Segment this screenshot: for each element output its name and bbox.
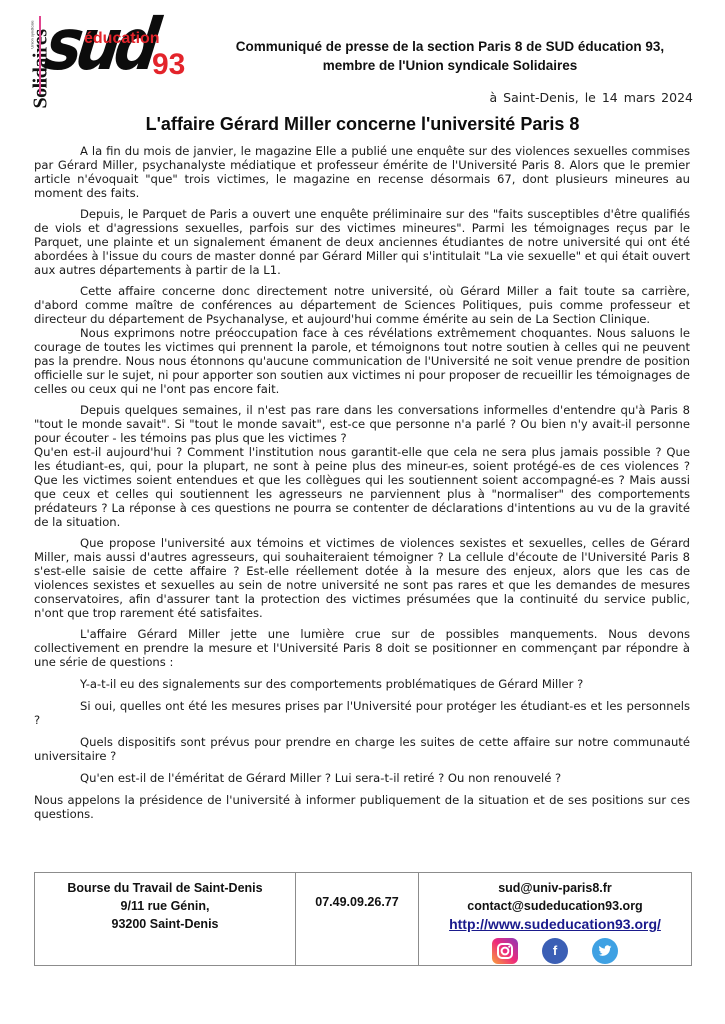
paragraph: Nous exprimons notre préoccupation face … — [34, 326, 690, 396]
department-number: 93 — [152, 48, 185, 82]
address-line: Bourse du Travail de Saint-Denis — [39, 879, 291, 897]
facebook-icon[interactable]: f — [542, 938, 568, 964]
question-item: Qu'en est-il de l'éméritat de Gérard Mil… — [34, 771, 690, 785]
header-line-2: membre de l'Union syndicale Solidaires — [190, 56, 710, 75]
address-line: 9/11 rue Génin, — [39, 897, 291, 915]
paragraph: Qu'en est-il aujourd'hui ? Comment l'ins… — [34, 445, 690, 529]
phone-cell: 07.49.09.26.77 — [296, 873, 419, 966]
social-links: f — [423, 938, 687, 964]
education-wordmark: éducation — [84, 30, 160, 48]
website-link[interactable]: http://www.sudeducation93.org/ — [449, 916, 661, 932]
instagram-icon[interactable] — [492, 938, 518, 964]
question-item: Y-a-t-il eu des signalements sur des com… — [34, 677, 690, 691]
question-item: Si oui, quelles ont été les mesures pris… — [34, 699, 690, 727]
document-body: A la fin du mois de janvier, le magazine… — [34, 144, 690, 828]
question-item: Quels dispositifs sont prévus pour prend… — [34, 735, 690, 763]
twitter-icon[interactable] — [592, 938, 618, 964]
paragraph: Depuis, le Parquet de Paris a ouvert une… — [34, 207, 690, 277]
email-primary[interactable]: sud@univ-paris8.fr — [423, 879, 687, 897]
paragraph: Cette affaire concerne donc directement … — [34, 284, 690, 326]
paragraph: Que propose l'université aux témoins et … — [34, 536, 690, 620]
paragraph: L'affaire Gérard Miller jette une lumièr… — [34, 627, 690, 669]
online-contact-cell: sud@univ-paris8.fr contact@sudeducation9… — [419, 873, 692, 966]
email-secondary[interactable]: contact@sudeducation93.org — [423, 897, 687, 915]
header-line-1: Communiqué de presse de la section Paris… — [190, 37, 710, 56]
date-line: à Saint-Denis, le 14 mars 2024 — [490, 90, 694, 105]
closing-paragraph: Nous appelons la présidence de l'univers… — [34, 793, 690, 821]
paragraph: Depuis quelques semaines, il n'est pas r… — [34, 403, 690, 445]
press-release-header: Communiqué de presse de la section Paris… — [190, 37, 710, 75]
contact-table: Bourse du Travail de Saint-Denis 9/11 ru… — [34, 872, 692, 966]
paragraph: A la fin du mois de janvier, le magazine… — [34, 144, 690, 200]
phone-number[interactable]: 07.49.09.26.77 — [315, 895, 398, 909]
address-line: 93200 Saint-Denis — [39, 915, 291, 933]
document-title: L'affaire Gérard Miller concerne l'unive… — [0, 114, 725, 135]
address-cell: Bourse du Travail de Saint-Denis 9/11 ru… — [35, 873, 296, 966]
